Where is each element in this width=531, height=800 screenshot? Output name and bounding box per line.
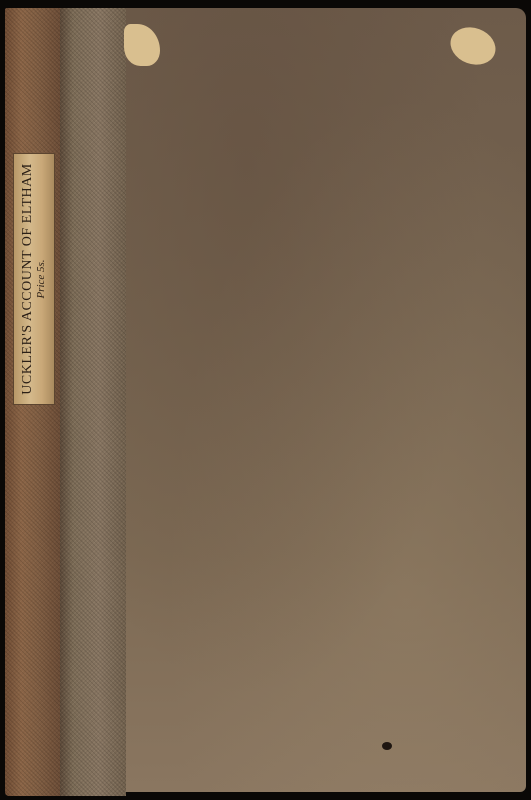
front-board	[126, 8, 526, 792]
book-spine: UCKLER'S ACCOUNT OF ELTHAM Price 5s.	[5, 8, 60, 796]
spine-title: UCKLER'S ACCOUNT OF ELTHAM	[21, 163, 36, 394]
hinge-cloth-texture	[60, 8, 126, 796]
spine-price: Price 5s.	[36, 163, 48, 394]
cloth-hinge	[60, 8, 126, 796]
book-photo: UCKLER'S ACCOUNT OF ELTHAM Price 5s.	[0, 0, 531, 800]
ink-spot	[382, 742, 392, 750]
spine-label-text: UCKLER'S ACCOUNT OF ELTHAM Price 5s.	[21, 163, 47, 394]
spine-label: UCKLER'S ACCOUNT OF ELTHAM Price 5s.	[13, 153, 55, 405]
